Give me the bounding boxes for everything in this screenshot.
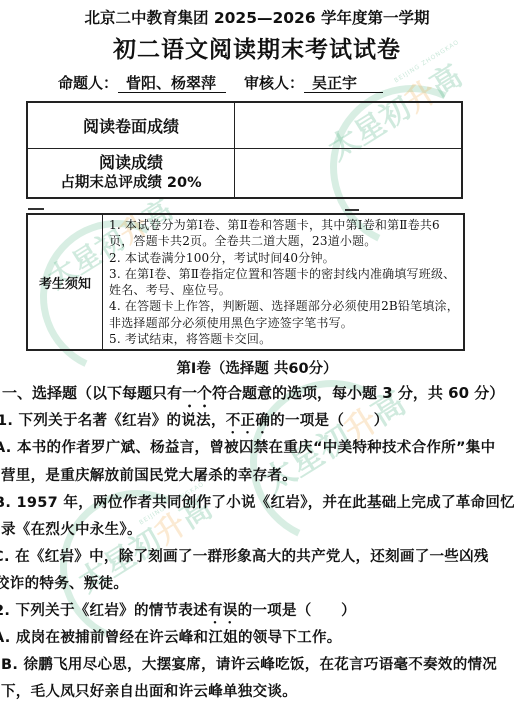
question-1-option-b: B. 1957 年，两位作者共同创作了小说《红岩》，并在此基础上完成了革命回忆 — [0, 491, 514, 512]
score-row-paper: 阅读卷面成绩 — [27, 102, 462, 149]
divider-mark — [345, 209, 359, 211]
question-2-option-b-cont: 下，毛人凤只好亲自出面和许云峰单独交谈。 — [1, 680, 297, 701]
divider-mark — [28, 208, 44, 210]
score-table: 阅读卷面成绩 阅读成绩 占期末总评成绩 20% — [26, 101, 463, 199]
section-one-title: 一、选择题（以下每题只有一个符合题意的选项，每小题 3 分，共 60 分） — [2, 382, 504, 411]
question-2-option-b: B. 徐鹏飞用尽心思，大摆宴席，请许云峰吃饭，在花言巧语毫不奏效的情况 — [1, 653, 497, 674]
question-2-option-a: A. 成岗在被捕前曾经在许云峰和江姐的领导下工作。 — [0, 626, 342, 647]
exam-notice-table: 考生须知 1. 本试卷分为第Ⅰ卷、第Ⅱ卷和答题卡，其中第Ⅰ卷和第Ⅱ卷共6页，答题… — [26, 213, 465, 351]
weighted-score-cell — [235, 149, 463, 199]
notice-item: 1. 本试卷分为第Ⅰ卷、第Ⅱ卷和答题卡，其中第Ⅰ卷和第Ⅱ卷共6页，答题卡共2页。… — [109, 217, 459, 250]
authors-line: 命题人：眥阳、杨翠萍审核人：吴正宇 — [58, 72, 383, 93]
question-2-stem: 2. 下列关于《红岩》的情节表述有误的一项是（ ） — [0, 599, 356, 627]
question-1-option-a-cont: 营里，是重庆解放前国民党大屠杀的幸存者。 — [1, 464, 297, 485]
score-row-weighted: 阅读成绩 占期末总评成绩 20% — [27, 149, 462, 199]
exam-title: 初二语文阅读期末考试试卷 — [0, 31, 514, 64]
notice-item: 2. 本试卷满分100分，考试时间40分钟。 — [109, 250, 459, 266]
notice-item: 5. 考试结束，将答题卡交回。 — [109, 331, 459, 347]
notice-label: 考生须知 — [27, 214, 103, 350]
paper-score-label: 阅读卷面成绩 — [27, 102, 235, 149]
question-1-stem: 1. 下列关于名著《红岩》的说法，不正确的一项是（ ） — [0, 409, 389, 437]
reviewer-name: 吴正宇 — [304, 74, 383, 93]
notice-item: 3. 在第Ⅰ卷、第Ⅱ卷指定位置和答题卡的密封线内准确填写班级、姓名、考号、座位号… — [109, 266, 459, 299]
setter-label: 命题人： — [58, 74, 118, 92]
weighted-score-label: 阅读成绩 占期末总评成绩 20% — [27, 149, 235, 199]
question-1-option-c: C. 在《红岩》中，除了刻画了一群形象高大的共产党人，还刻画了一些凶残 — [0, 545, 489, 566]
school-term-line: 北京二中教育集团 2025—2026 学年度第一学期 — [0, 6, 514, 28]
notice-item: 4. 在答题卡上作答，判断题、选择题部分必须使用2B铅笔填涂，非选择题部分必须使… — [109, 298, 459, 331]
setter-names: 眥阳、杨翠萍 — [118, 74, 226, 93]
question-1-option-c-cont: 狡诈的特务、叛徒。 — [0, 572, 128, 593]
paper-score-cell — [235, 102, 463, 149]
notice-items: 1. 本试卷分为第Ⅰ卷、第Ⅱ卷和答题卡，其中第Ⅰ卷和第Ⅱ卷共6页，答题卡共2页。… — [103, 214, 465, 350]
part-one-title: 第Ⅰ卷（选择题 共60分） — [0, 357, 514, 378]
reviewer-label: 审核人： — [244, 74, 304, 92]
question-1-option-a: A. 本书的作者罗广斌、杨益言，曾被囚禁在重庆“中美特种技术合作所”集中 — [0, 436, 495, 457]
question-1-option-b-cont: 录《在烈火中永生》。 — [1, 518, 142, 539]
